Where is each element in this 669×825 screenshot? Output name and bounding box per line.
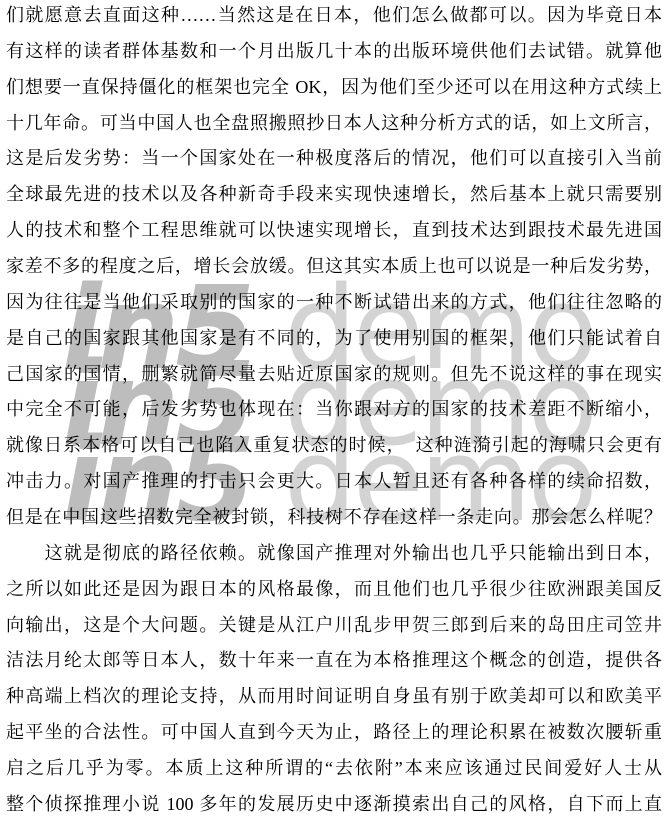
text-line: 们想要一直保持僵化的框架也完全 OK，因为他们至少还可以在用这种方式续上 — [6, 70, 662, 106]
text-line: 己国家的国情，删繁就简尽量去贴近原国家的规则。但先不说这样的事在现实 — [6, 357, 662, 393]
body-text: 们就愿意去直面这种……当然这是在日本，他们怎么做都可以。因为毕竟日本 有这样的读… — [6, 0, 662, 823]
text-line paragraph-start: 这就是彻底的路径依赖。就像国产推理对外输出也几乎只能输出到日本， — [6, 536, 662, 572]
text-line: 这是后发劣势：当一个国家处在一种极度落后的情况，他们可以直接引入当前 — [6, 141, 662, 177]
text-line: 是自己的国家跟其他国家是有不同的，为了使用别国的框架，他们只能试着自 — [6, 321, 662, 357]
text-line: 因为往往是当他们采取别的国家的一种不断试错出来的方式，他们往往忽略的 — [6, 285, 662, 321]
text-line: 们就愿意去直面这种……当然这是在日本，他们怎么做都可以。因为毕竟日本 — [6, 0, 662, 34]
text-line: 冲击力。对国产推理的打击只会更大。日本人暂且还有各种各样的续命招数， — [6, 464, 662, 500]
text-line: 人的技术和整个工程思维就可以快速实现增长，直到技术达到跟技术最先进国 — [6, 213, 662, 249]
document-page: in5 demo in5 demo in5 demo 们就愿意去直面这种……当然… — [0, 0, 669, 825]
text-line: 向输出，这是个大问题。关键是从江户川乱步甲贺三郎到后来的岛田庄司笠井 — [6, 608, 662, 644]
text-line: 整个侦探推理小说 100 多年的发展历史中逐渐摸索出自己的风格，自下而上直 — [6, 787, 662, 823]
text-line: 洁法月纶太郎等日本人，数十年来一直在为本格推理这个概念的创造，提供各 — [6, 643, 662, 679]
text-line: 家差不多的程度之后，增长会放缓。但这其实本质上也可以说是一种后发劣势， — [6, 249, 662, 285]
text-line: 但是在中国这些招数完全被封锁，科技树不存在这样一条走向。那会怎么样呢？ — [6, 500, 662, 536]
text-line: 种高端上档次的理论支持，从而用时间证明自身虽有别于欧美却可以和欧美平 — [6, 679, 662, 715]
text-line: 全球最先进的技术以及各种新奇手段来实现快速增长，然后基本上就只需要别 — [6, 177, 662, 213]
text-line: 之所以如此还是因为跟日本的风格最像，而且他们也几乎很少往欧洲跟美国反 — [6, 572, 662, 608]
text-line: 中完全不可能，后发劣势也体现在：当你跟对方的国家的技术差距不断缩小， — [6, 392, 662, 428]
text-line: 启之后几乎为零。本质上这种所谓的“去依附”本来应该通过民间爱好人士从 — [6, 751, 662, 787]
text-line: 十几年命。可当中国人也全盘照搬照抄日本人这种分析方式的话，如上文所言， — [6, 106, 662, 142]
text-line: 起平坐的合法性。可中国人直到今天为止，路径上的理论积累在被数次腰斩重 — [6, 715, 662, 751]
text-line: 有这样的读者群体基数和一个月出版几十本的出版环境供他们去试错。就算他 — [6, 34, 662, 70]
text-line: 就像日系本格可以自己也陷入重复状态的时候， 这种涟漪引起的海啸只会更有 — [6, 428, 662, 464]
